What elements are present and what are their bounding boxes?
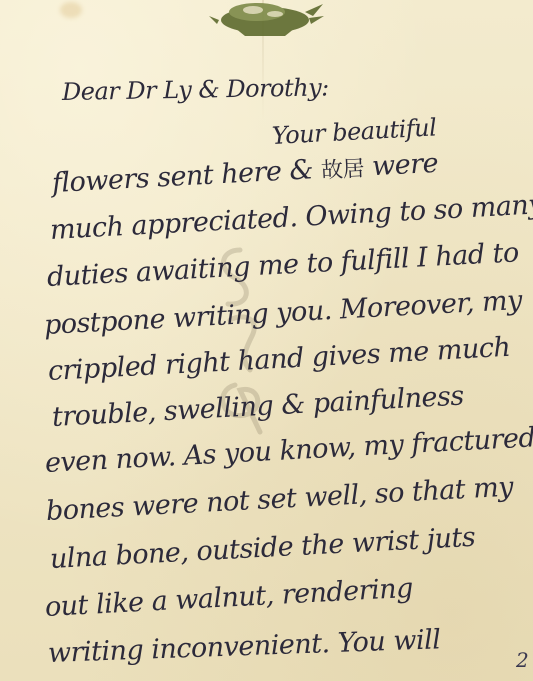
letter-line: trouble, swelling & painfulness bbox=[51, 380, 464, 433]
letter-line: ulna bone, outside the wrist juts bbox=[49, 522, 476, 575]
letter-line: even now. As you know, my fractured bbox=[44, 422, 533, 479]
salutation: Dear Dr Ly & Dorothy: bbox=[62, 73, 329, 106]
page-number: 2 bbox=[516, 648, 529, 672]
letter-body: Dear Dr Ly & Dorothy: Your beautiful flo… bbox=[0, 0, 533, 681]
chinese-characters: 故居 bbox=[321, 157, 365, 184]
letter-line-text: flowers sent here & bbox=[51, 154, 322, 199]
letter-line: Your beautiful bbox=[271, 113, 437, 150]
letter-line: duties awaiting me to fulfill I had to bbox=[46, 237, 519, 293]
letter-line: postpone writing you. Moreover, my bbox=[43, 285, 522, 341]
letter-line: out like a walnut, rendering bbox=[44, 573, 413, 623]
letter-line: crippled right hand gives me much bbox=[47, 332, 511, 387]
letter-page: Dear Dr Ly & Dorothy: Your beautiful flo… bbox=[0, 0, 533, 681]
letter-line-text: were bbox=[363, 148, 439, 183]
letter-line: bones were not set well, so that my bbox=[45, 472, 514, 527]
letter-line: writing inconvenient. You will bbox=[47, 624, 440, 669]
letter-line: much appreciated. Owing to so many bbox=[49, 189, 533, 246]
letter-line: flowers sent here & 故居 were bbox=[51, 148, 439, 199]
